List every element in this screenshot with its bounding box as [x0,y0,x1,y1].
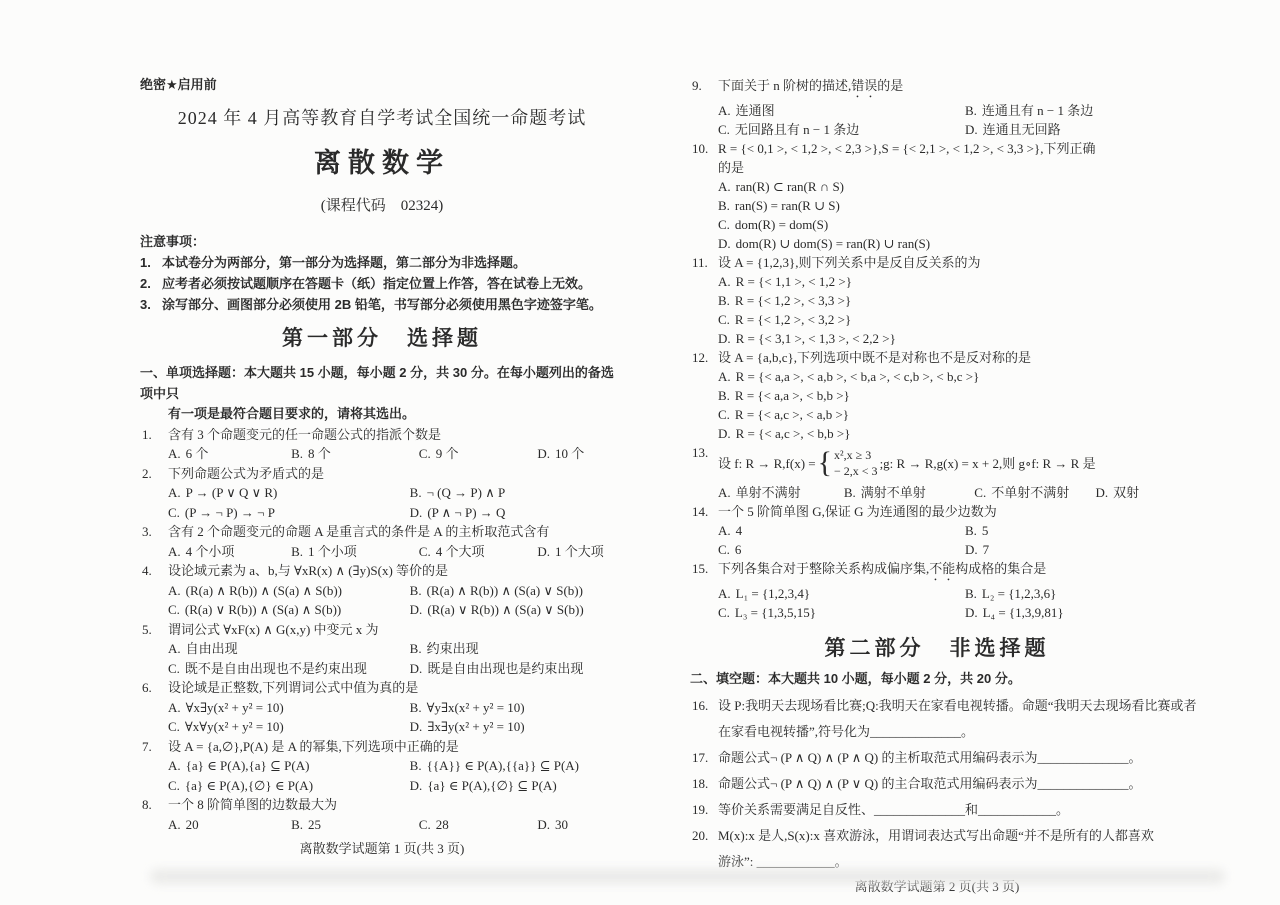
option-label: B. [410,641,422,656]
option-label: B. [410,758,422,773]
option-B: B.25 [291,815,419,835]
scan-smudge-artifact [150,869,1225,884]
question-body: 设论域元素为 a、b,与 ∀xR(x) ∧ (∃y)S(x) 等价的是A.(R(… [168,561,624,620]
option-text: 1 个小项 [308,544,357,559]
fill-question: 19.等价关系需要满足自反性、______________和__________… [690,797,1184,823]
option-B: B.¬ (Q → P) ∧ P [410,483,624,503]
option-text: ran(R) ⊂ ran(R ∩ S) [736,179,844,194]
option-label: A. [168,544,181,559]
option-C: C.(P → ¬ P) → ¬ P [168,503,410,523]
option-text: (P ∧ ¬ P) → Q [427,505,505,520]
option-label: B. [965,103,977,118]
question-item: 7.设 A = {a,∅},P(A) 是 A 的幂集,下列选项中正确的是A.{a… [140,737,624,796]
option-label: C. [419,817,431,832]
question-item: 8.一个 8 阶简单图的边数最大为A.20B.25C.28D.30 [140,795,624,834]
option-label: C. [168,505,180,520]
option-C: C.L₃ = {1,3,5,15} [718,603,965,622]
option-label: C. [718,312,730,327]
section2-intro: 二、填空题：本大题共 10 小题，每小题 2 分，共 20 分。 [690,668,1184,690]
option-label: D. [537,446,550,461]
question-number: 10. [690,139,718,253]
question-number: 18. [690,771,718,797]
notice-item: 2.应考者必须按试题顺序在答题卡（纸）指定位置上作答，答在试卷上无效。 [140,273,624,294]
question-stem: 设 A = {a,b,c},下列选项中既不是对称也不是反对称的是 [718,348,1184,367]
option-text: 既不是自由出现也不是约束出现 [185,661,367,676]
question-item: 15.下列各集合对于整除关系构成偏序集,不能构成格的集合是A.L₁ = {1,2… [690,559,1184,622]
notice-text: 应考者必须按试题顺序在答题卡（纸）指定位置上作答，答在试卷上无效。 [162,273,624,294]
option-label: D. [410,719,423,734]
option-C: C.(R(a) ∨ R(b)) ∧ (S(a) ∧ S(b)) [168,600,410,620]
notice-list: 1.本试卷分为两部分，第一部分为选择题，第二部分为非选择题。2.应考者必须按试题… [140,252,624,315]
options-group: A.自由出现B.约束出现C.既不是自由出现也不是约束出现D.既是自由出现也是约束… [168,639,624,678]
left-brace-glyph: { [818,448,832,478]
question-number: 3. [140,522,168,561]
option-label: B. [291,446,303,461]
question-body: 下列命题公式为矛盾式的是A.P → (P ∨ Q ∨ R)B.¬ (Q → P)… [168,464,624,523]
option-label: C. [974,485,986,500]
cases-line: x²,x ≥ 3 [834,447,878,463]
option-text: 4 个小项 [186,544,235,559]
subject-title: 离散数学 [140,147,624,179]
option-B: B.ran(S) = ran(R ∪ S) [718,196,1184,215]
question-number: 17. [690,745,718,771]
fill-question: 17.命题公式¬ (P ∧ Q) ∧ (P ∧ Q) 的主析取范式用编码表示为_… [690,745,1184,771]
option-text: {{A}} ∈ P(A),{{a}} ⊆ P(A) [427,758,579,773]
option-text: ∃x∃y(x² + y² = 10) [427,719,524,734]
question-body: 含有 3 个命题变元的任一命题公式的指派个数是A.6 个B.8 个C.9 个D.… [168,425,624,464]
option-label: D. [965,122,978,137]
option-label: D. [718,426,731,441]
question-body: 设论域是正整数,下列谓词公式中值为真的是A.∀x∃y(x² + y² = 10)… [168,678,624,737]
notice-number: 3. [140,294,162,315]
option-text: 满射不单射 [861,485,926,500]
question-item: 6.设论域是正整数,下列谓词公式中值为真的是A.∀x∃y(x² + y² = 1… [140,678,624,737]
option-text: 4 [736,523,743,538]
page-2: 9.下面关于 n 阶树的描述,错误的是A.连通图B.连通且有 n − 1 条边C… [690,76,1184,897]
option-label: C. [168,602,180,617]
question-stem: 谓词公式 ∀xF(x) ∧ G(x,y) 中变元 x 为 [168,620,624,640]
emphasis-dots: 错误 [851,78,877,93]
notice-text: 涂写部分、画图部分必须使用 2B 铅笔，书写部分必须使用黑色字迹签字笔。 [162,294,624,315]
options-group: A.单射不满射B.满射不单射C.不单射不满射D.双射 [718,483,1184,502]
question-stem: 设 f: R → R,f(x) = {x²,x ≥ 3− 2,x < 3;g: … [718,443,1184,483]
option-A: A.自由出现 [168,639,410,659]
option-A: A.6 个 [168,444,291,464]
option-text: R = {< a,a >, < b,b >} [735,388,850,403]
question-number: 14. [690,502,718,559]
option-label: B. [718,388,730,403]
question-number: 8. [140,795,168,834]
fill-question: 16.设 P:我明天去现场看比赛;Q:我明天在家看电视转播。命题“我明天去现场看… [690,693,1184,745]
option-label: A. [718,103,731,118]
option-text: 8 个 [308,446,331,461]
option-text: L₄ = {1,3,9,81} [983,605,1064,620]
option-text: (P → ¬ P) → ¬ P [185,505,275,520]
options-group: A.20B.25C.28D.30 [168,815,624,835]
options-group: A.6 个B.8 个C.9 个D.10 个 [168,444,624,464]
option-B: B.∀y∃x(x² + y² = 10) [410,698,624,718]
options-group: A.L₁ = {1,2,3,4}B.L₂ = {1,2,3,6}C.L₃ = {… [718,584,1184,622]
question-number: 12. [690,348,718,443]
option-text: R = {< 1,2 >, < 3,2 >} [735,312,851,327]
question-stem: 含有 2 个命题变元的命题 A 是重言式的条件是 A 的主析取范式含有 [168,522,624,542]
option-text: L₃ = {1,3,5,15} [735,605,816,620]
option-text: 9 个 [436,446,459,461]
options-group: A.ran(R) ⊂ ran(R ∩ S)B.ran(S) = ran(R ∪ … [718,177,1184,253]
question-body: 一个 8 阶简单图的边数最大为A.20B.25C.28D.30 [168,795,624,834]
option-label: B. [718,293,730,308]
question-body: 谓词公式 ∀xF(x) ∧ G(x,y) 中变元 x 为A.自由出现B.约束出现… [168,620,624,679]
question-stem: 一个 5 阶简单图 G,保证 G 为连通图的最少边数为 [718,502,1184,521]
question-body: 下面关于 n 阶树的描述,错误的是A.连通图B.连通且有 n − 1 条边C.无… [718,76,1184,139]
option-label: A. [168,641,181,656]
option-label: D. [965,605,978,620]
question-item: 3.含有 2 个命题变元的命题 A 是重言式的条件是 A 的主析取范式含有A.4… [140,522,624,561]
option-text: 双射 [1113,485,1139,500]
option-A: A.20 [168,815,291,835]
question-number: 1. [140,425,168,464]
option-A: A.4 [718,521,965,540]
option-label: C. [718,542,730,557]
options-group: A.R = {< a,a >, < a,b >, < b,a >, < c,b … [718,367,1184,443]
option-C: C.9 个 [419,444,538,464]
option-text: 7 [983,542,990,557]
option-text: R = {< 1,2 >, < 3,3 >} [735,293,851,308]
question-body: 设 A = {a,∅},P(A) 是 A 的幂集,下列选项中正确的是A.{a} … [168,737,624,796]
option-C: C.dom(R) = dom(S) [718,215,1184,234]
option-text: 约束出现 [427,641,479,656]
option-label: B. [718,198,730,213]
part2-heading: 第二部分 非选择题 [690,634,1184,662]
option-label: A. [718,274,731,289]
option-label: A. [718,586,731,601]
option-text: ∀x∃y(x² + y² = 10) [186,700,284,715]
option-text: dom(R) ∪ dom(S) = ran(R) ∪ ran(S) [736,236,930,251]
option-C: C.6 [718,540,965,559]
questions-1-8: 1.含有 3 个命题变元的任一命题公式的指派个数是A.6 个B.8 个C.9 个… [140,425,624,835]
option-label: D. [410,505,423,520]
option-text: L₂ = {1,2,3,6} [982,586,1057,601]
option-A: A.R = {< a,a >, < a,b >, < b,a >, < c,b … [718,367,1184,386]
options-group: A.(R(a) ∧ R(b)) ∧ (S(a) ∧ S(b))B.(R(a) ∧… [168,581,624,620]
option-D: D.dom(R) ∪ dom(S) = ran(R) ∪ ran(S) [718,234,1184,253]
option-D: D.R = {< 3,1 >, < 1,3 >, < 2,2 >} [718,329,1184,348]
option-label: B. [410,583,422,598]
fill-question: 20.M(x):x 是人,S(x):x 喜欢游泳，用谓词表达式写出命题“并不是所… [690,823,1184,875]
classification-label: 绝密★启用前 [140,76,624,94]
option-A: A.P → (P ∨ Q ∨ R) [168,483,410,503]
option-B: B.约束出现 [410,639,624,659]
option-D: D.(R(a) ∨ R(b)) ∧ (S(a) ∨ S(b)) [410,600,624,620]
option-D: D.既是自由出现也是约束出现 [410,659,624,679]
question-item: 12.设 A = {a,b,c},下列选项中既不是对称也不是反对称的是A.R =… [690,348,1184,443]
option-text: R = {< a,c >, < a,b >} [735,407,849,422]
option-label: C. [168,661,180,676]
option-text: 连通且有 n − 1 条边 [982,103,1093,118]
option-label: B. [410,485,422,500]
question-stem: 含有 3 个命题变元的任一命题公式的指派个数是 [168,425,624,445]
question-body: 命题公式¬ (P ∧ Q) ∧ (P ∧ Q) 的主析取范式用编码表示为____… [718,745,1184,771]
question-item: 1.含有 3 个命题变元的任一命题公式的指派个数是A.6 个B.8 个C.9 个… [140,425,624,464]
option-D: D.10 个 [537,444,624,464]
section1-intro-line: 有一项是最符合题目要求的，请将其选出。 [168,404,624,425]
option-C: C.不单射不满射 [974,483,1095,502]
notice-title: 注意事项： [140,232,624,252]
cases-line: − 2,x < 3 [834,463,878,479]
option-B: B.(R(a) ∧ R(b)) ∧ (S(a) ∨ S(b)) [410,581,624,601]
option-text: ∀y∃x(x² + y² = 10) [427,700,525,715]
option-C: C.28 [419,815,538,835]
option-text: (R(a) ∨ R(b)) ∧ (S(a) ∧ S(b)) [185,602,341,617]
question-body: 命题公式¬ (P ∧ Q) ∧ (P ∨ Q) 的主合取范式用编码表示为____… [718,771,1184,797]
options-group: A.{a} ∈ P(A),{a} ⊆ P(A)B.{{A}} ∈ P(A),{{… [168,756,624,795]
option-label: A. [168,446,181,461]
question-body: 下列各集合对于整除关系构成偏序集,不能构成格的集合是A.L₁ = {1,2,3,… [718,559,1184,622]
question-body: 设 P:我明天去现场看比赛;Q:我明天在家看电视转播。命题“我明天去现场看比赛或… [718,693,1184,745]
emphasis-dots: 不能 [929,561,955,576]
option-D: D.{a} ∈ P(A),{∅} ⊆ P(A) [410,776,624,796]
option-label: D. [965,542,978,557]
option-label: C. [718,122,730,137]
question-number: 9. [690,76,718,139]
option-label: D. [718,331,731,346]
question-number: 2. [140,464,168,523]
option-B: B.{{A}} ∈ P(A),{{a}} ⊆ P(A) [410,756,624,776]
question-body: 等价关系需要满足自反性、______________和____________。 [718,797,1184,823]
fill-question: 18.命题公式¬ (P ∧ Q) ∧ (P ∨ Q) 的主合取范式用编码表示为_… [690,771,1184,797]
option-text: R = {< 1,1 >, < 1,2 >} [736,274,852,289]
question-stem: 一个 8 阶简单图的边数最大为 [168,795,624,815]
option-label: B. [410,700,422,715]
option-B: B.满射不单射 [844,483,974,502]
notice-number: 1. [140,252,162,273]
option-text: P → (P ∨ Q ∨ R) [186,485,278,500]
option-text: R = {< 3,1 >, < 1,3 >, < 2,2 >} [736,331,896,346]
option-A: A.(R(a) ∧ R(b)) ∧ (S(a) ∧ S(b)) [168,581,410,601]
option-C: C.R = {< 1,2 >, < 3,2 >} [718,310,1184,329]
question-stem: 等价关系需要满足自反性、______________和____________。 [718,797,1184,823]
question-stem: 设 P:我明天去现场看比赛;Q:我明天在家看电视转播。命题“我明天去现场看比赛或… [718,693,1184,719]
page1-footer: 离散数学试题第 1 页(共 3 页) [140,839,624,859]
option-label: A. [718,485,731,500]
option-text: dom(R) = dom(S) [735,217,828,232]
option-text: {a} ∈ P(A),{∅} ∈ P(A) [185,778,313,793]
option-text: 28 [436,817,449,832]
option-label: B. [844,485,856,500]
option-C: C.无回路且有 n − 1 条边 [718,120,965,139]
question-item: 5.谓词公式 ∀xF(x) ∧ G(x,y) 中变元 x 为A.自由出现B.约束… [140,620,624,679]
question-item: 14.一个 5 阶简单图 G,保证 G 为连通图的最少边数为A.4B.5C.6D… [690,502,1184,559]
option-label: C. [718,217,730,232]
options-group: A.连通图B.连通且有 n − 1 条边C.无回路且有 n − 1 条边D.连通… [718,101,1184,139]
question-item: 9.下面关于 n 阶树的描述,错误的是A.连通图B.连通且有 n − 1 条边C… [690,76,1184,139]
question-number: 6. [140,678,168,737]
option-text: 25 [308,817,321,832]
question-number: 20. [690,823,718,875]
option-text: 既是自由出现也是约束出现 [427,661,583,676]
question-item: 13.设 f: R → R,f(x) = {x²,x ≥ 3− 2,x < 3;… [690,443,1184,502]
option-C: C.4 个大项 [419,542,538,562]
option-label: A. [718,179,731,194]
question-number: 15. [690,559,718,622]
option-text: 自由出现 [186,641,238,656]
option-text: 30 [555,817,568,832]
option-B: B.R = {< a,a >, < b,b >} [718,386,1184,405]
question-body: 设 A = {1,2,3},则下列关系中是反自反关系的为A.R = {< 1,1… [718,253,1184,348]
option-B: B.8 个 [291,444,419,464]
question-stem: R = {< 0,1 >, < 1,2 >, < 2,3 >},S = {< 2… [718,139,1184,158]
option-D: D.1 个大项 [537,542,624,562]
option-label: A. [718,369,731,384]
option-text: {a} ∈ P(A),{a} ⊆ P(A) [186,758,310,773]
option-D: D.30 [537,815,624,835]
course-code: (课程代码 02324) [140,196,624,216]
question-stem: M(x):x 是人,S(x):x 喜欢游泳，用谓词表达式写出命题“并不是所有的人… [718,823,1184,849]
option-label: C. [419,544,431,559]
option-label: A. [168,583,181,598]
option-B: B.L₂ = {1,2,3,6} [965,584,1184,603]
piecewise-cases: {x²,x ≥ 3− 2,x < 3 [818,447,878,479]
question-body: 设 f: R → R,f(x) = {x²,x ≥ 3− 2,x < 3;g: … [718,443,1184,502]
question-stem: 下列各集合对于整除关系构成偏序集,不能构成格的集合是 [718,559,1184,584]
option-text: (R(a) ∧ R(b)) ∧ (S(a) ∨ S(b)) [427,583,583,598]
exam-scan-sheet: 绝密★启用前 2024 年 4 月高等教育自学考试全国统一命题考试 离散数学 (… [0,0,1280,905]
option-label: D. [410,661,423,676]
options-group: A.∀x∃y(x² + y² = 10)B.∀y∃x(x² + y² = 10)… [168,698,624,737]
option-D: D.∃x∃y(x² + y² = 10) [410,717,624,737]
option-text: 20 [186,817,199,832]
option-label: D. [410,602,423,617]
option-label: D. [410,778,423,793]
options-group: A.4B.5C.6D.7 [718,521,1184,559]
option-label: A. [168,758,181,773]
option-B: B.1 个小项 [291,542,419,562]
question-number: 4. [140,561,168,620]
question-number: 19. [690,797,718,823]
option-A: A.R = {< 1,1 >, < 1,2 >} [718,272,1184,291]
option-D: D.连通且无回路 [965,120,1184,139]
option-text: 单射不满射 [736,485,801,500]
question-stem: 命题公式¬ (P ∧ Q) ∧ (P ∧ Q) 的主析取范式用编码表示为____… [718,745,1184,771]
option-text: (R(a) ∧ R(b)) ∧ (S(a) ∧ S(b)) [186,583,342,598]
option-label: B. [965,523,977,538]
option-text: {a} ∈ P(A),{∅} ⊆ P(A) [427,778,556,793]
question-stem: 下列命题公式为矛盾式的是 [168,464,624,484]
option-C: C.{a} ∈ P(A),{∅} ∈ P(A) [168,776,410,796]
option-B: B.R = {< 1,2 >, < 3,3 >} [718,291,1184,310]
options-group: A.P → (P ∨ Q ∨ R)B.¬ (Q → P) ∧ PC.(P → ¬… [168,483,624,522]
option-label: D. [537,544,550,559]
question-number: 11. [690,253,718,348]
exam-title: 2024 年 4 月高等教育自学考试全国统一命题考试 [140,106,624,130]
option-D: D.(P ∧ ¬ P) → Q [410,503,624,523]
notice-text: 本试卷分为两部分，第一部分为选择题，第二部分为非选择题。 [162,252,624,273]
option-A: A.连通图 [718,101,965,120]
option-text: 不单射不满射 [991,485,1069,500]
option-label: A. [168,817,181,832]
option-text: 4 个大项 [436,544,485,559]
question-number: 7. [140,737,168,796]
option-text: 6 [735,542,742,557]
option-A: A.ran(R) ⊂ ran(R ∩ S) [718,177,1184,196]
question-item: 11.设 A = {1,2,3},则下列关系中是反自反关系的为A.R = {< … [690,253,1184,348]
option-A: A.4 个小项 [168,542,291,562]
notice-number: 2. [140,273,162,294]
option-label: C. [718,407,730,422]
option-label: A. [168,485,181,500]
option-text: 6 个 [186,446,209,461]
option-text: ¬ (Q → P) ∧ P [427,485,506,500]
options-group: A.4 个小项B.1 个小项C.4 个大项D.1 个大项 [168,542,624,562]
question-stem: 在家看电视转播”,符号化为______________。 [718,719,1184,745]
question-stem: 的是 [718,158,1184,177]
option-label: C. [718,605,730,620]
option-D: D.双射 [1095,483,1184,502]
option-B: B.连通且有 n − 1 条边 [965,101,1184,120]
option-text: 无回路且有 n − 1 条边 [735,122,859,137]
option-C: C.既不是自由出现也不是约束出现 [168,659,410,679]
question-stem: 命题公式¬ (P ∧ Q) ∧ (P ∨ Q) 的主合取范式用编码表示为____… [718,771,1184,797]
option-text: 连通图 [736,103,775,118]
option-label: C. [168,778,180,793]
option-label: D. [1095,485,1108,500]
option-C: C.R = {< a,c >, < a,b >} [718,405,1184,424]
section1-intro: 一、单项选择题：本大题共 15 小题，每小题 2 分，共 30 分。在每小题列出… [140,363,624,425]
option-text: (R(a) ∨ R(b)) ∧ (S(a) ∨ S(b)) [427,602,583,617]
question-body: M(x):x 是人,S(x):x 喜欢游泳，用谓词表达式写出命题“并不是所有的人… [718,823,1184,875]
option-label: C. [168,719,180,734]
cases-lines: x²,x ≥ 3− 2,x < 3 [834,447,878,479]
option-A: A.L₁ = {1,2,3,4} [718,584,965,603]
option-D: D.7 [965,540,1184,559]
question-item: 2.下列命题公式为矛盾式的是A.P → (P ∨ Q ∨ R)B.¬ (Q → … [140,464,624,523]
question-item: 4.设论域元素为 a、b,与 ∀xR(x) ∧ (∃y)S(x) 等价的是A.(… [140,561,624,620]
option-B: B.5 [965,521,1184,540]
questions-9-15: 9.下面关于 n 阶树的描述,错误的是A.连通图B.连通且有 n − 1 条边C… [690,76,1184,622]
option-text: R = {< a,c >, < b,b >} [736,426,851,441]
question-body: 一个 5 阶简单图 G,保证 G 为连通图的最少边数为A.4B.5C.6D.7 [718,502,1184,559]
option-A: A.{a} ∈ P(A),{a} ⊆ P(A) [168,756,410,776]
question-number: 13. [690,443,718,502]
option-text: ∀x∀y(x² + y² = 10) [185,719,284,734]
option-D: D.L₄ = {1,3,9,81} [965,603,1184,622]
question-stem: 设论域元素为 a、b,与 ∀xR(x) ∧ (∃y)S(x) 等价的是 [168,561,624,581]
options-group: A.R = {< 1,1 >, < 1,2 >}B.R = {< 1,2 >, … [718,272,1184,348]
option-text: 10 个 [555,446,584,461]
notice-item: 1.本试卷分为两部分，第一部分为选择题，第二部分为非选择题。 [140,252,624,273]
section1-intro-line: 一、单项选择题：本大题共 15 小题，每小题 2 分，共 30 分。在每小题列出… [140,363,624,404]
question-body: 含有 2 个命题变元的命题 A 是重言式的条件是 A 的主析取范式含有A.4 个… [168,522,624,561]
question-stem: 设 A = {a,∅},P(A) 是 A 的幂集,下列选项中正确的是 [168,737,624,757]
part1-heading: 第一部分 选择题 [140,324,624,352]
question-number: 5. [140,620,168,679]
question-stem: 设 A = {1,2,3},则下列关系中是反自反关系的为 [718,253,1184,272]
question-number: 16. [690,693,718,745]
option-label: A. [718,523,731,538]
page-1: 绝密★启用前 2024 年 4 月高等教育自学考试全国统一命题考试 离散数学 (… [140,76,624,859]
question-body: 设 A = {a,b,c},下列选项中既不是对称也不是反对称的是A.R = {<… [718,348,1184,443]
question-stem: 下面关于 n 阶树的描述,错误的是 [718,76,1184,101]
question-body: R = {< 0,1 >, < 1,2 >, < 2,3 >},S = {< 2… [718,139,1184,253]
option-text: 连通且无回路 [983,122,1061,137]
option-C: C.∀x∀y(x² + y² = 10) [168,717,410,737]
option-label: B. [291,544,303,559]
notice-item: 3.涂写部分、画图部分必须使用 2B 铅笔，书写部分必须使用黑色字迹签字笔。 [140,294,624,315]
option-label: B. [291,817,303,832]
question-item: 10.R = {< 0,1 >, < 1,2 >, < 2,3 >},S = {… [690,139,1184,253]
option-text: 5 [982,523,989,538]
option-text: L₁ = {1,2,3,4} [736,586,811,601]
